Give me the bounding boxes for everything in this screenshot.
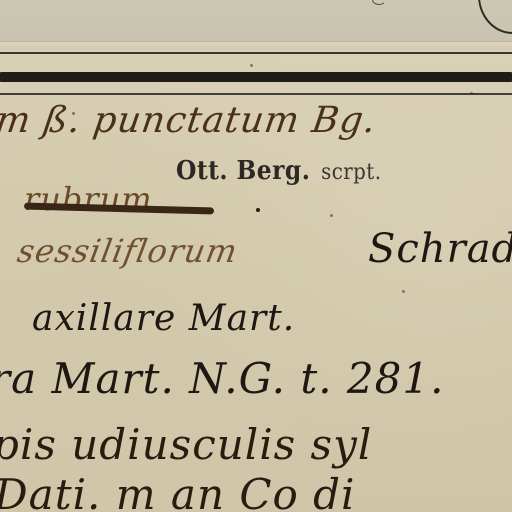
ink-dot — [256, 208, 260, 212]
top-thin-rule — [0, 52, 512, 54]
ink-curve-fragment — [472, 0, 512, 39]
paper-speck — [402, 290, 405, 293]
handwritten-author-schrad: Schrad — [368, 226, 512, 272]
handwritten-line-axillare: axillare Mart. — [32, 298, 295, 339]
paper-speck — [250, 64, 253, 67]
ink-stroke-fragment — [372, 0, 386, 5]
handwritten-line-reference: ra Mart. N.G. t. 281. — [0, 354, 444, 403]
handwritten-line-sessiliflorum: sessiliflorum — [15, 232, 241, 270]
paper-speck — [330, 214, 333, 217]
printed-stamp: Ott. Berg.scrpt. — [176, 156, 381, 186]
paper-speck — [146, 488, 149, 491]
herbarium-label-photo: m ß. punctatum Bg. Ott. Berg.scrpt. rubr… — [0, 0, 512, 512]
backing-paper — [0, 0, 512, 44]
bottom-thin-rule — [0, 93, 512, 95]
handwritten-line-punctatum: m ß. punctatum Bg. — [0, 100, 379, 141]
paper-speck — [470, 92, 473, 95]
paper-speck — [72, 112, 75, 115]
handwritten-line-habitat: pis udiusculis syl — [0, 420, 372, 469]
stamp-suffix: scrpt. — [321, 160, 381, 185]
handwritten-line-bottom: Dati. m an Co di — [0, 470, 355, 512]
stamp-name: Ott. Berg. — [176, 156, 310, 186]
thick-border-rule — [0, 72, 512, 82]
